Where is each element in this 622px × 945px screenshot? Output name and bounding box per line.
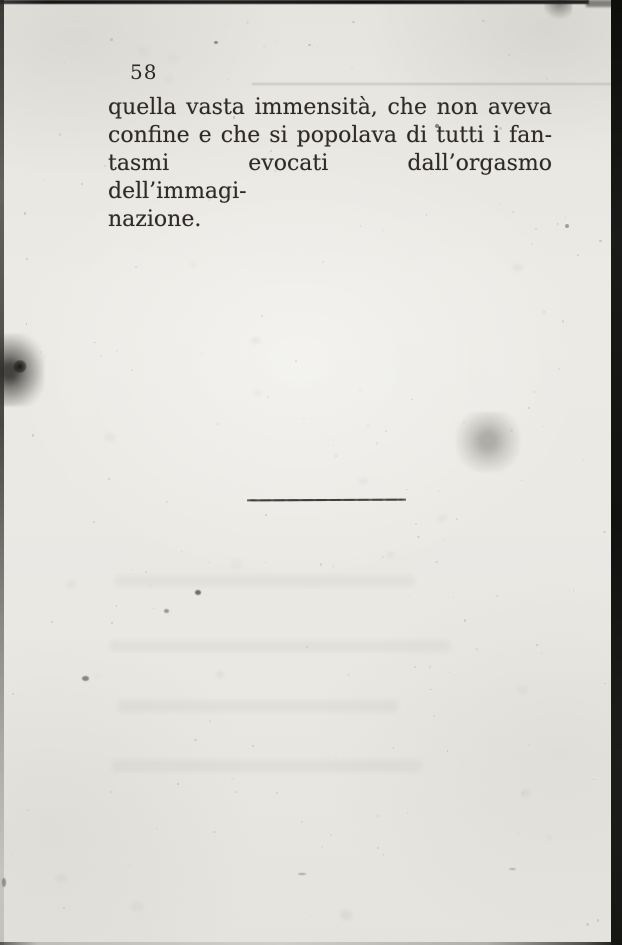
scan-edge-left — [0, 0, 4, 945]
ghost-text-smudge — [118, 700, 398, 712]
paper-speck — [435, 124, 439, 128]
text-line: tasmi evocati dall’orgasmo dell’immagi- — [108, 150, 552, 206]
paper-speck — [565, 224, 569, 228]
ink-blot-core — [13, 360, 27, 373]
paper-speck — [509, 868, 516, 870]
text-line: quella vasta immensità, che non aveva — [108, 94, 552, 122]
ghost-text-smudge — [115, 575, 415, 587]
paper-speck — [164, 609, 169, 613]
scan-edge-top — [0, 0, 589, 4]
scan-edge-top-right — [586, 0, 614, 7]
text-line: confine e che si popolava di tutti i fan… — [108, 122, 552, 150]
smudge-stain — [456, 412, 520, 472]
page-number: 58 — [130, 60, 157, 84]
paper-speck — [214, 41, 218, 44]
scanned-book-page: 58 quella vasta immensità, che non aveva… — [0, 0, 622, 945]
ghost-text-smudge — [112, 760, 422, 772]
text-line: nazione. — [108, 206, 552, 234]
ghost-text-smudge — [110, 640, 450, 652]
section-divider-rule — [247, 499, 406, 502]
body-paragraph: quella vasta immensità, che non aveva co… — [108, 94, 552, 234]
scan-edge-right — [611, 0, 622, 945]
paper-crease — [252, 83, 612, 85]
paper-speck — [298, 873, 306, 875]
paper-speck — [195, 590, 201, 595]
paper-speck — [82, 676, 89, 681]
